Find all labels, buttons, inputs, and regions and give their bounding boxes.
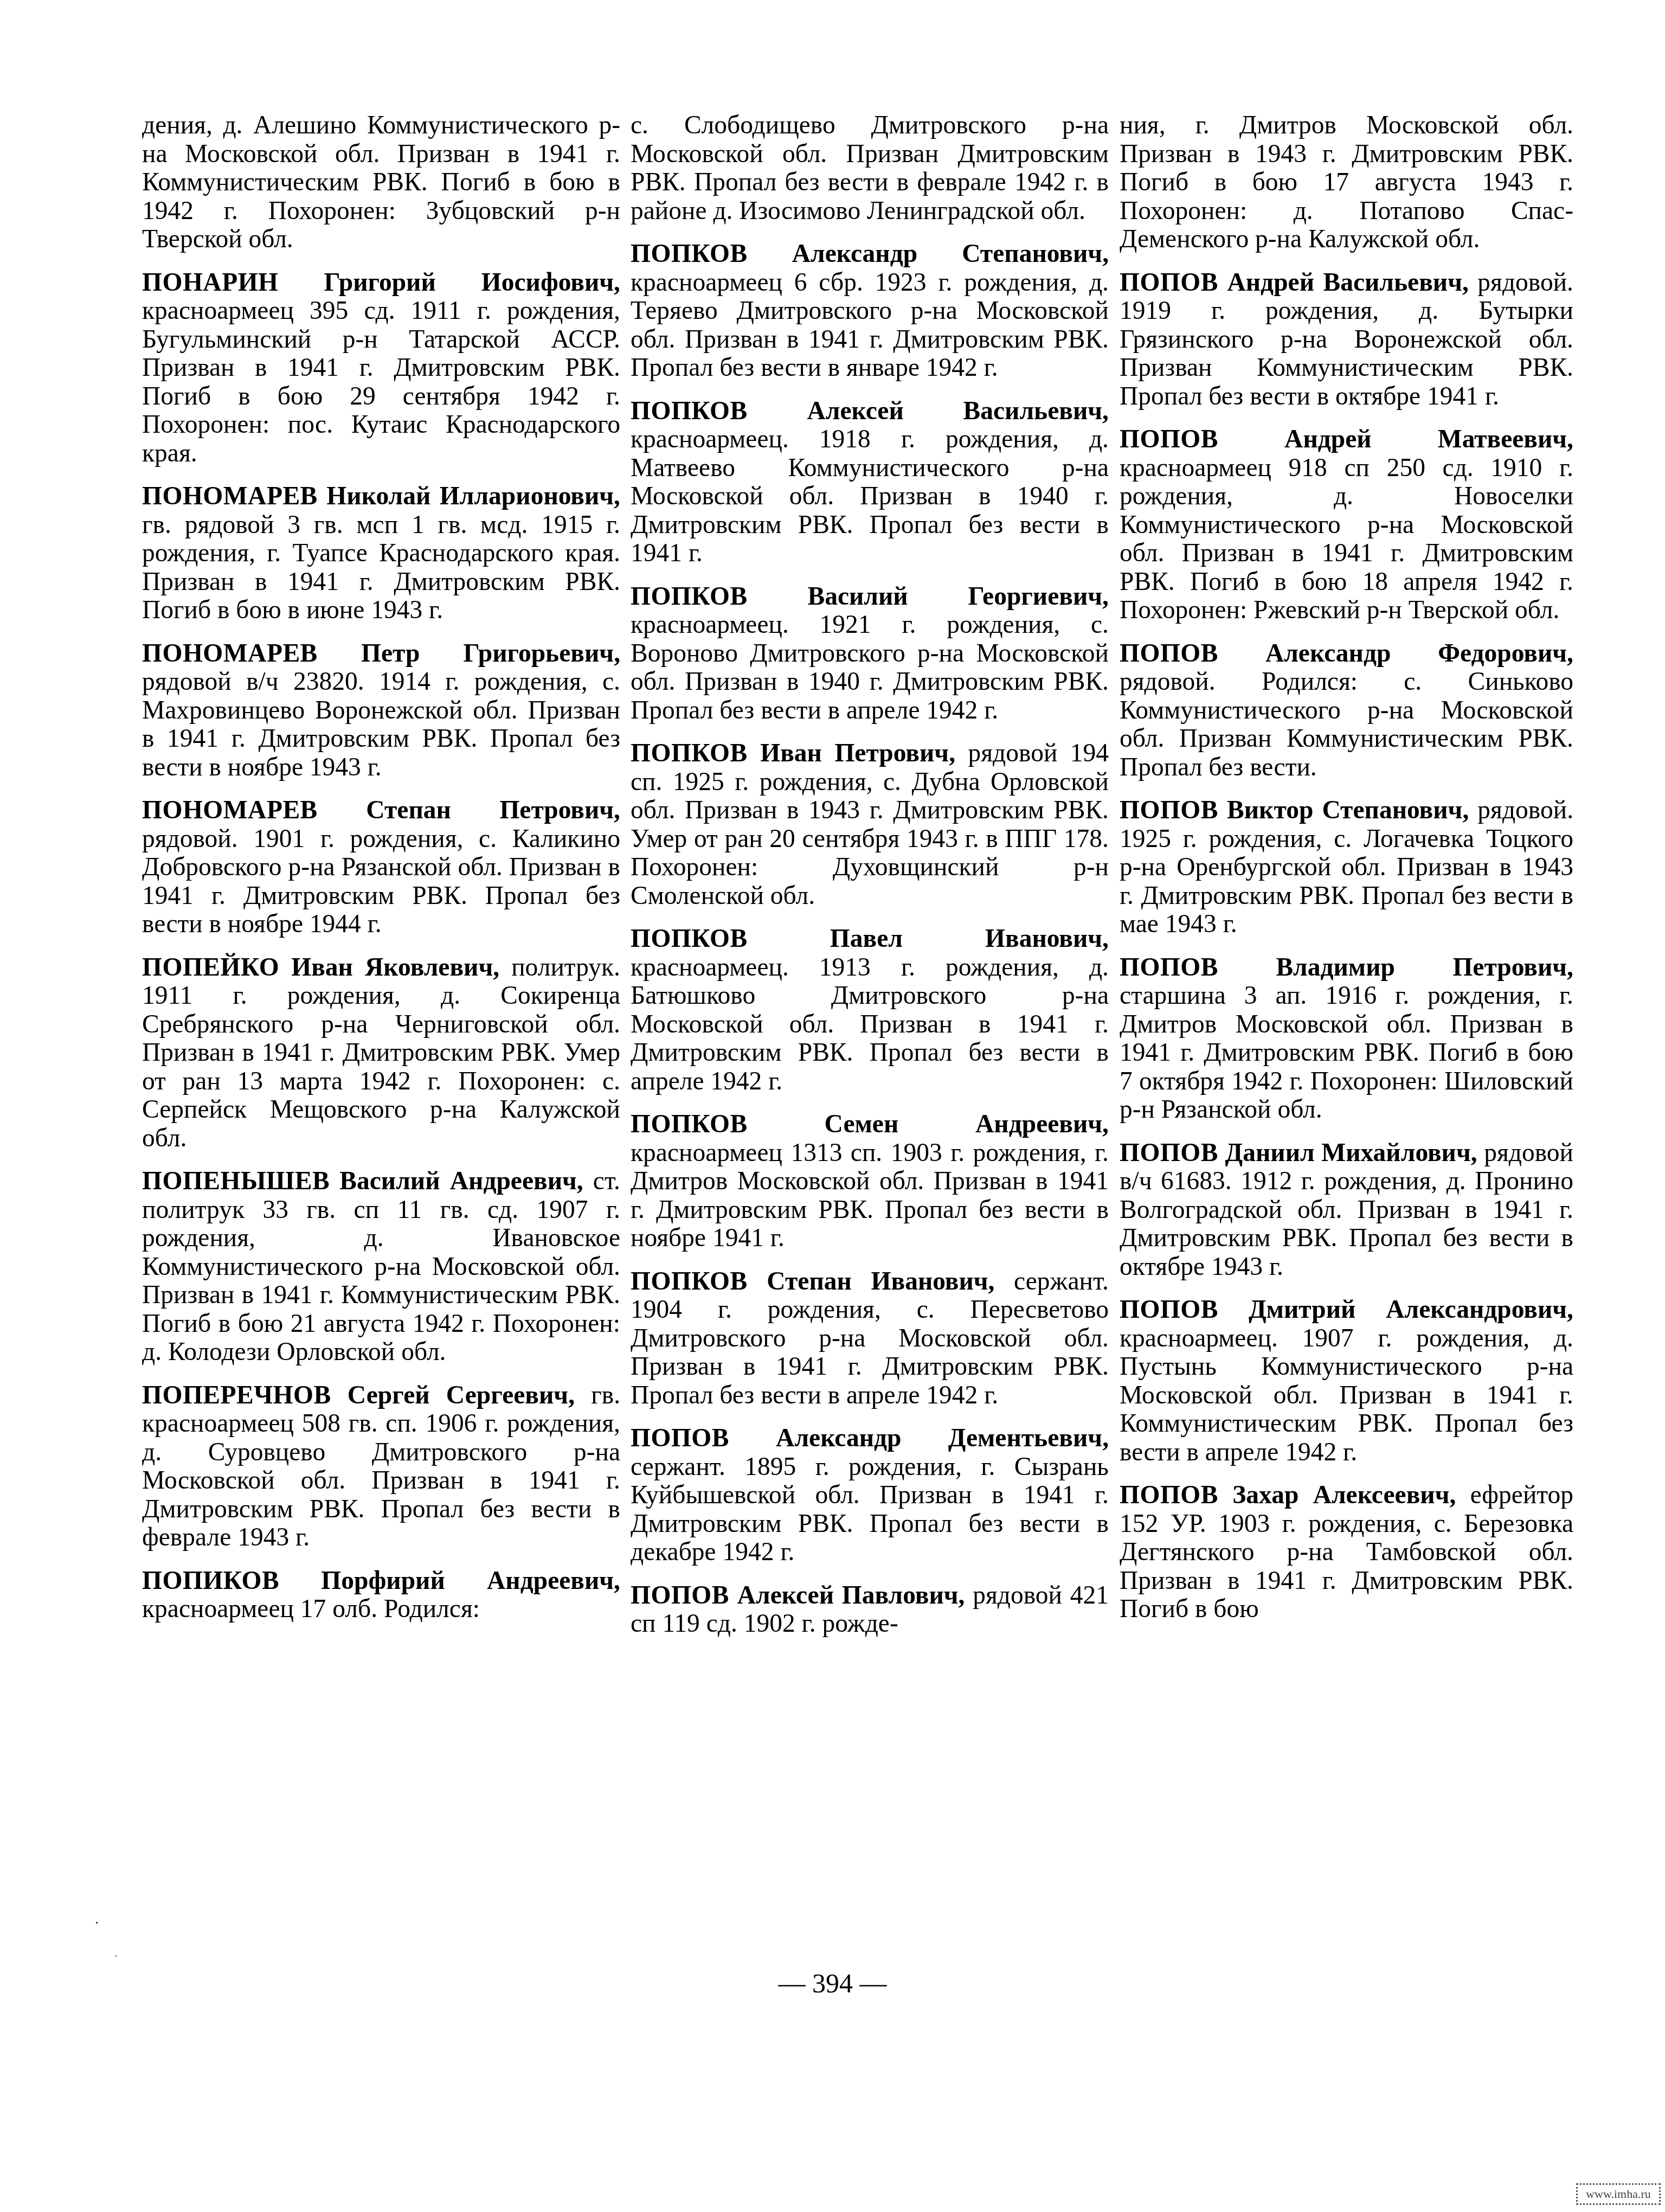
- entry-surname: ПОПОВ: [1120, 1139, 1218, 1167]
- entry-poperechnov: ПОПЕРЕЧНОВ Сергей Сергеевич, гв. красноа…: [142, 1381, 620, 1552]
- entry-given-name: Александр Дементьевич,: [776, 1424, 1109, 1452]
- entry-given-name: Алексей Павлович,: [737, 1581, 965, 1610]
- entry-popov-vladimir: ПОПОВ Владимир Петрович, старшина 3 ап. …: [1120, 953, 1573, 1124]
- book-page: дения, д. Алешино Коммунистического р-на…: [0, 0, 1665, 2212]
- text-column-2: с. Слободищево Дмитровского р-на Московс…: [631, 111, 1109, 1653]
- entry-ponarin: ПОНАРИН Григорий Иосифович, красноармеец…: [142, 268, 620, 468]
- entry-surname: ПОПОВ: [1120, 953, 1218, 982]
- entry-surname: ПОПКОВ: [631, 397, 748, 425]
- entry-surname: ПОПОВ: [1120, 1481, 1218, 1509]
- entry-surname: ПОПЕЙКО: [142, 953, 279, 982]
- entry-ponomarev-nikolai: ПОНОМАРЕВ Николай Илларионович, гв. рядо…: [142, 482, 620, 625]
- entry-text: политрук. 1911 г. рождения, д. Сокиренца…: [142, 953, 620, 1152]
- entry-text: с. Слободищево Дмитровского р-на Московс…: [631, 111, 1109, 225]
- entry-given-name: Николай Илларионович,: [326, 482, 620, 510]
- entry-popov-daniil: ПОПОВ Даниил Михайлович, рядовой в/ч 616…: [1120, 1139, 1573, 1281]
- entry-given-name: Андрей Васильевич,: [1227, 268, 1468, 297]
- entry-text: рядовой в/ч 23820. 1914 г. рождения, с. …: [142, 668, 620, 781]
- entry-given-name: Владимир Петрович,: [1276, 953, 1573, 982]
- entry-popkov-stepan: ПОПКОВ Степан Иванович, сержант. 1904 г.…: [631, 1267, 1109, 1410]
- entry-given-name: Александр Степанович,: [792, 240, 1109, 268]
- entry-popov-viktor: ПОПОВ Виктор Степанович, рядовой. 1925 г…: [1120, 796, 1573, 939]
- entry-surname: ПОПОВ: [631, 1424, 729, 1452]
- entry-popeiko: ПОПЕЙКО Иван Яковлевич, политрук. 1911 г…: [142, 953, 620, 1153]
- entry-popov-andrei-v: ПОПОВ Андрей Васильевич, рядовой. 1919 г…: [1120, 268, 1573, 411]
- entry-given-name: Сергей Сергеевич,: [348, 1381, 575, 1409]
- entry-continuation: дения, д. Алешино Коммунистического р-на…: [142, 111, 620, 254]
- entry-popov-zakhar: ПОПОВ Захар Алексеевич, ефрейтор 152 УР.…: [1120, 1481, 1573, 1624]
- entry-popov-andrei-m: ПОПОВ Андрей Матвеевич, красноармеец 918…: [1120, 425, 1573, 625]
- entry-given-name: Порфирий Андреевич,: [321, 1567, 620, 1595]
- entry-surname: ПОПОВ: [1120, 639, 1218, 668]
- entry-text: сержант. 1895 г. рождения, г. Сызрань Ку…: [631, 1453, 1109, 1567]
- text-column-3: ния, г. Дмитров Московской обл. Призван …: [1120, 111, 1573, 1638]
- entry-text: ст. политрук 33 гв. сп 11 гв. сд. 1907 г…: [142, 1167, 620, 1366]
- entry-given-name: Павел Иванович,: [830, 925, 1109, 953]
- entry-continuation: ния, г. Дмитров Московской обл. Призван …: [1120, 111, 1573, 254]
- entry-given-name: Василий Георгиевич,: [807, 582, 1109, 611]
- entry-given-name: Захар Алексеевич,: [1232, 1481, 1456, 1509]
- entry-popkov-semen: ПОПКОВ Семен Андреевич, красноармеец 131…: [631, 1110, 1109, 1253]
- entry-text: красноармеец. 1921 г. рождения, с. Ворон…: [631, 611, 1109, 724]
- entry-popkov-pavel: ПОПКОВ Павел Иванович, красноармеец. 191…: [631, 925, 1109, 1095]
- text-column-1: дения, д. Алешино Коммунистического р-на…: [142, 111, 620, 1638]
- entry-surname: ПОНОМАРЕВ: [142, 796, 318, 824]
- scan-speck: [115, 1955, 117, 1957]
- entry-text: красноармеец. 1907 г. рождения, д. Пусты…: [1120, 1324, 1573, 1466]
- entry-text: рядовой. Родился: с. Синьково Коммунисти…: [1120, 668, 1573, 781]
- entry-text: рядовой. 1901 г. рождения, с. Каликино Д…: [142, 825, 620, 939]
- entry-ponomarev-stepan: ПОНОМАРЕВ Степан Петрович, рядовой. 1901…: [142, 796, 620, 939]
- entry-given-name: Дмитрий Александрович,: [1249, 1296, 1573, 1324]
- entry-given-name: Степан Иванович,: [767, 1267, 994, 1296]
- entry-surname: ПОПЕРЕЧНОВ: [142, 1381, 331, 1409]
- entry-popkov-aleksandr: ПОПКОВ Александр Степанович, красноармее…: [631, 240, 1109, 382]
- scan-speck: [96, 1922, 98, 1924]
- entry-surname: ПОПКОВ: [631, 739, 748, 767]
- entry-given-name: Семен Андреевич,: [825, 1110, 1109, 1138]
- entry-surname: ПОНОМАРЕВ: [142, 482, 318, 510]
- entry-text: красноармеец 395 сд. 1911 г. рождения, Б…: [142, 297, 620, 467]
- entry-popenyshev: ПОПЕНЫШЕВ Василий Андреевич, ст. политру…: [142, 1167, 620, 1367]
- entry-given-name: Виктор Степанович,: [1227, 796, 1469, 824]
- entry-text: дения, д. Алешино Коммунистического р-на…: [142, 111, 620, 253]
- entry-text: красноармеец 918 сп 250 сд. 1910 г. рожд…: [1120, 454, 1573, 625]
- entry-surname: ПОПЕНЫШЕВ: [142, 1167, 330, 1195]
- entry-text: красноармеец 1313 сп. 1903 г. рождения, …: [631, 1139, 1109, 1253]
- entry-surname: ПОПКОВ: [631, 1267, 748, 1296]
- entry-popikov: ПОПИКОВ Порфирий Андреевич, красноармеец…: [142, 1567, 620, 1624]
- entry-given-name: Иван Яковлевич,: [291, 953, 499, 982]
- watermark-badge: www.imha.ru: [1576, 2183, 1661, 2205]
- entry-popov-aleksandr-f: ПОПОВ Александр Федорович, рядовой. Роди…: [1120, 639, 1573, 782]
- entry-surname: ПОПОВ: [1120, 1296, 1218, 1324]
- entry-surname: ПОНАРИН: [142, 268, 279, 297]
- entry-given-name: Григорий Иосифович,: [324, 268, 621, 297]
- entry-surname: ПОПОВ: [631, 1581, 729, 1610]
- entry-given-name: Алексей Васильевич,: [807, 397, 1109, 425]
- entry-surname: ПОПОВ: [1120, 425, 1218, 453]
- entry-surname: ПОПКОВ: [631, 582, 748, 611]
- entry-surname: ПОНОМАРЕВ: [142, 639, 318, 668]
- entry-ponomarev-petr: ПОНОМАРЕВ Петр Григорьевич, рядовой в/ч …: [142, 639, 620, 782]
- entry-text: гв. рядовой 3 гв. мсп 1 гв. мсд. 1915 г.…: [142, 511, 620, 625]
- entry-popkov-aleksei: ПОПКОВ Алексей Васильевич, красноармеец.…: [631, 397, 1109, 568]
- entry-text: красноармеец 17 олб. Родился:: [142, 1595, 480, 1623]
- entry-popov-dmitrii: ПОПОВ Дмитрий Александрович, красноармее…: [1120, 1296, 1573, 1466]
- entry-surname: ПОПОВ: [1120, 268, 1218, 297]
- page-number: — 394 —: [0, 1967, 1665, 1999]
- entry-text: красноармеец. 1918 г. рождения, д. Матве…: [631, 425, 1109, 567]
- entry-given-name: Даниил Михайлович,: [1225, 1139, 1477, 1167]
- entry-surname: ПОПОВ: [1120, 796, 1218, 824]
- entry-surname: ПОПКОВ: [631, 240, 748, 268]
- entry-surname: ПОПКОВ: [631, 925, 748, 953]
- entry-text: старшина 3 ап. 1916 г. рождения, г. Дмит…: [1120, 982, 1573, 1124]
- entry-given-name: Степан Петрович,: [366, 796, 620, 824]
- entry-popov-aleksandr-d: ПОПОВ Александр Дементьевич, сержант. 18…: [631, 1424, 1109, 1567]
- entry-text: ния, г. Дмитров Московской обл. Призван …: [1120, 111, 1573, 253]
- entry-given-name: Петр Григорьевич,: [361, 639, 620, 668]
- entry-given-name: Андрей Матвеевич,: [1284, 425, 1573, 453]
- entry-popkov-vasilii: ПОПКОВ Василий Георгиевич, красноармеец.…: [631, 582, 1109, 725]
- entry-given-name: Иван Петрович,: [760, 739, 955, 767]
- entry-given-name: Александр Федорович,: [1265, 639, 1573, 668]
- entry-given-name: Василий Андреевич,: [339, 1167, 583, 1195]
- entry-surname: ПОПКОВ: [631, 1110, 748, 1138]
- entry-popkov-ivan: ПОПКОВ Иван Петрович, рядовой 194 сп. 19…: [631, 739, 1109, 910]
- entry-text: красноармеец 6 сбр. 1923 г. рождения, д.…: [631, 268, 1109, 382]
- entry-surname: ПОПИКОВ: [142, 1567, 279, 1595]
- entry-text: красноармеец. 1913 г. рождения, д. Батюш…: [631, 953, 1109, 1095]
- entry-continuation: с. Слободищево Дмитровского р-на Московс…: [631, 111, 1109, 225]
- entry-popov-aleksei: ПОПОВ Алексей Павлович, рядовой 421 сп 1…: [631, 1581, 1109, 1638]
